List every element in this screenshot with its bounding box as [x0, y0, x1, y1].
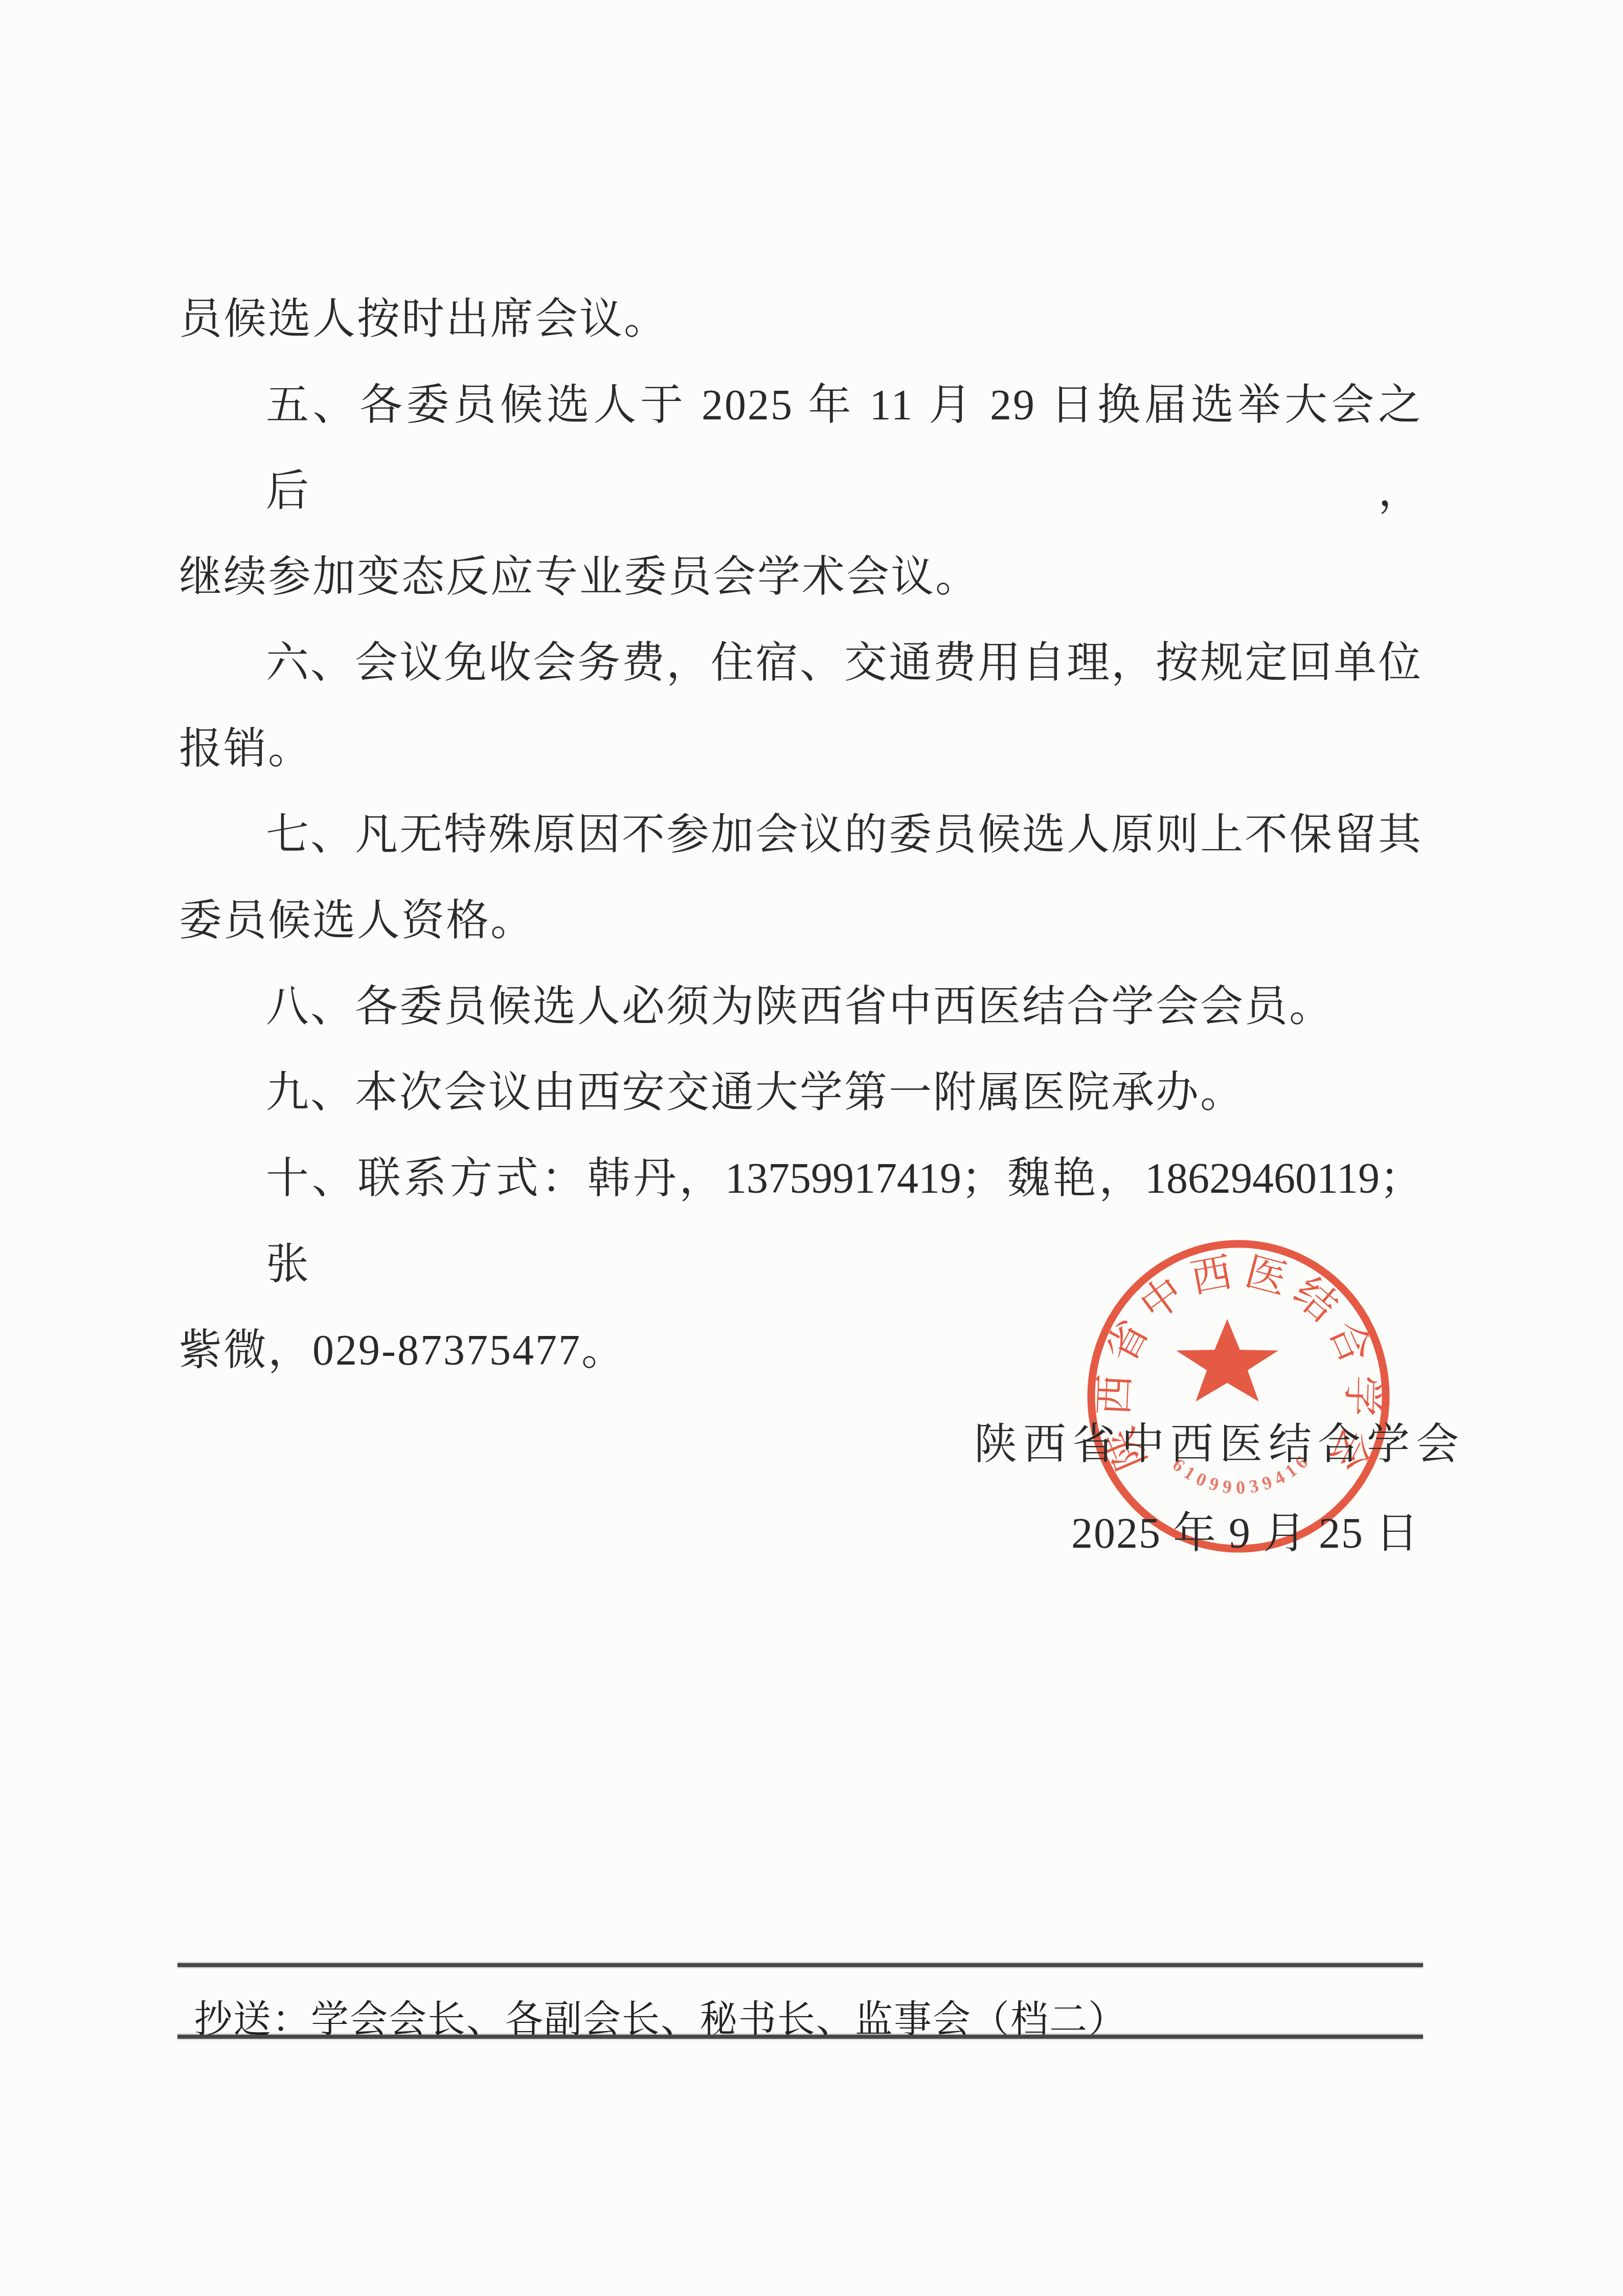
- body-line: 紫微，029-87375477。: [179, 1308, 1423, 1394]
- document-body: 员候选人按时出席会议。 五、各委员候选人于 2025 年 11 月 29 日换届…: [179, 277, 1423, 1394]
- body-line: 七、凡无特殊原因不参加会议的委员候选人原则上不保留其: [179, 792, 1423, 878]
- body-line: 报销。: [179, 706, 1423, 792]
- body-line: 六、会议免收会务费，住宿、交通费用自理，按规定回单位: [179, 620, 1423, 706]
- body-line: 八、各委员候选人必须为陕西省中西医结合学会会员。: [179, 964, 1423, 1050]
- signature-date: 2025 年 9 月 25 日: [1071, 1499, 1419, 1561]
- body-line: 九、本次会议由西安交通大学第一附属医院承办。: [179, 1050, 1423, 1136]
- signature-org: 陕西省中西医结合学会: [974, 1410, 1465, 1472]
- body-line: 五、各委员候选人于 2025 年 11 月 29 日换届选举大会之后，: [179, 363, 1423, 534]
- footer-rule-bottom: [177, 2035, 1423, 2039]
- document-page: 员候选人按时出席会议。 五、各委员候选人于 2025 年 11 月 29 日换届…: [0, 0, 1623, 2296]
- body-line: 员候选人按时出席会议。: [179, 277, 1423, 363]
- body-line: 十、联系方式：韩丹，13759917419；魏艳，18629460119；张: [179, 1136, 1423, 1308]
- footer-rule-top: [177, 1963, 1423, 1967]
- body-line: 继续参加变态反应专业委员会学术会议。: [179, 534, 1423, 620]
- body-line: 委员候选人资格。: [179, 878, 1423, 964]
